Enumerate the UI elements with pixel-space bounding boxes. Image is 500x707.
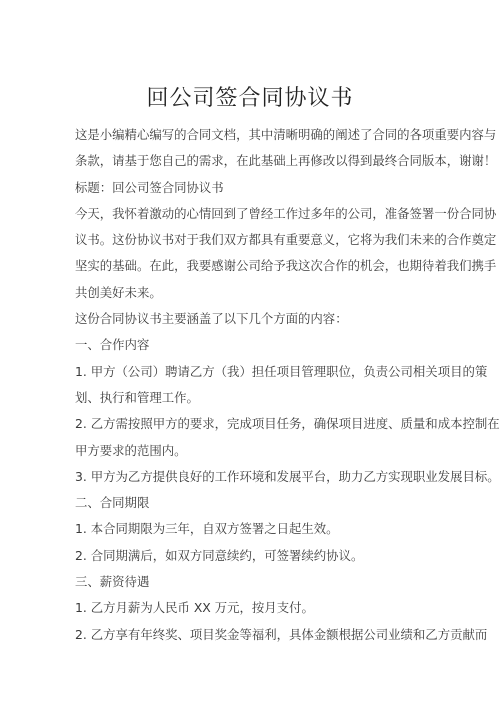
section-heading-1: 一、合作内容 [75,332,425,358]
document-title: 回公司签合同协议书 [0,84,500,114]
list-item: 1. 甲方（公司）聘请乙方（我）担任项目管理职位，负责公司相关项目的策 [75,359,425,385]
list-item: 1. 本合同期限为三年，自双方签署之日起生效。 [75,516,425,542]
paragraph-line: 坚实的基础。在此，我要感谢公司给予我这次合作的机会，也期待着我们携手 [75,253,425,279]
paragraph-line: 今天，我怀着激动的心情回到了曾经工作过多年的公司，准备签署一份合同协 [75,201,425,227]
document-body: 这是小编精心编写的合同文档，其中清晰明确的阐述了合同的各项重要内容与 条款，请基… [75,122,425,648]
paragraph-line: 议书。这份协议书对于我们双方都具有重要意义，它将为我们未来的合作奠定 [75,227,425,253]
list-item: 2. 乙方需按照甲方的要求，完成项目任务，确保项目进度、质量和成本控制在 [75,411,425,437]
list-item: 2. 乙方享有年终奖、项目奖金等福利，具体金额根据公司业绩和乙方贡献而 [75,622,425,648]
intro-line-1: 这是小编精心编写的合同文档，其中清晰明确的阐述了合同的各项重要内容与 [75,122,425,148]
list-item: 甲方要求的范围内。 [75,438,425,464]
list-item: 划、执行和管理工作。 [75,385,425,411]
document-page: 回公司签合同协议书 这是小编精心编写的合同文档，其中清晰明确的阐述了合同的各项重… [0,0,500,707]
paragraph-line: 这份合同协议书主要涵盖了以下几个方面的内容： [75,306,425,332]
section-heading-3: 三、薪资待遇 [75,569,425,595]
list-item: 3. 甲方为乙方提供良好的工作环境和发展平台，助力乙方实现职业发展目标。 [75,464,425,490]
paragraph-line: 共创美好未来。 [75,280,425,306]
subtitle-line: 标题：回公司签合同协议书 [75,175,425,201]
list-item: 2. 合同期满后，如双方同意续约，可签署续约协议。 [75,543,425,569]
intro-line-2: 条款，请基于您自己的需求，在此基础上再修改以得到最终合同版本，谢谢！ [75,148,425,174]
list-item: 1. 乙方月薪为人民币 XX 万元，按月支付。 [75,595,425,621]
section-heading-2: 二、合同期限 [75,490,425,516]
